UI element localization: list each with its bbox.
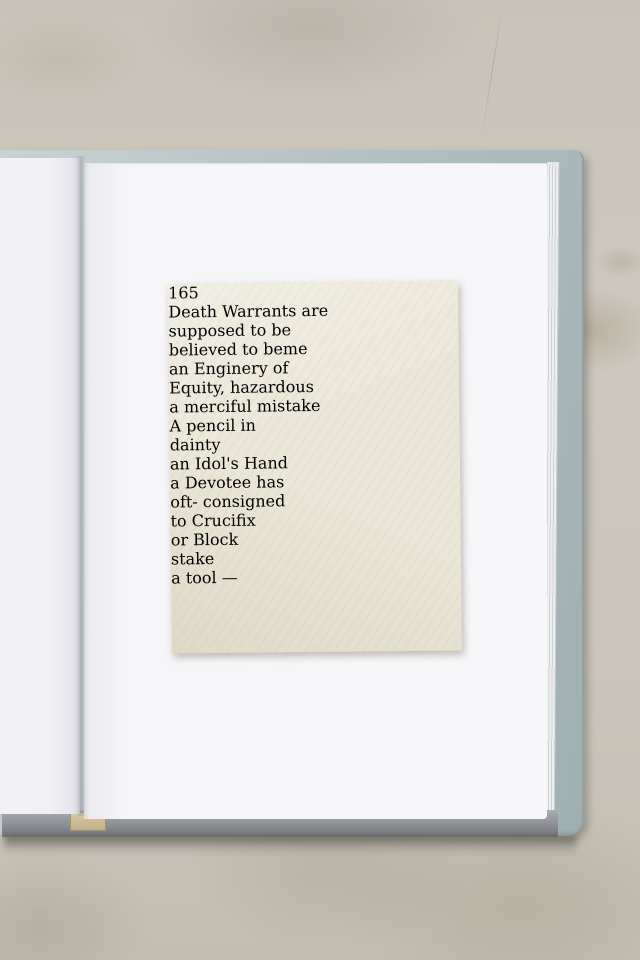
book-cast-shadow <box>4 835 576 855</box>
manuscript-line-text: believed to be <box>169 339 283 359</box>
photo-scene: 165 Death Warrants are supposed to be be… <box>0 0 640 960</box>
concrete-crack <box>480 0 504 143</box>
manuscript-note: 165 Death Warrants are supposed to be be… <box>170 282 460 652</box>
margin-vertical-variant: a tool — <box>171 565 461 587</box>
left-page <box>0 158 80 814</box>
manuscript-note-paper: 165 Death Warrants are supposed to be be… <box>168 280 462 653</box>
gutter-shadow <box>76 156 86 816</box>
right-page: 165 Death Warrants are supposed to be be… <box>84 163 547 819</box>
open-book: 165 Death Warrants are supposed to be be… <box>0 150 600 862</box>
struck-word: me <box>283 339 308 358</box>
